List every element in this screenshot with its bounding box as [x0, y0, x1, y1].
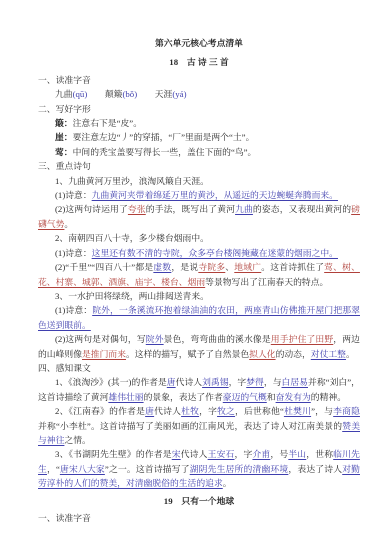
pinyin-row-text: 颠簸 — [105, 89, 123, 99]
pinyin-row-text — [137, 89, 155, 99]
section-heading-4-text: 四、感知课文 — [38, 363, 91, 373]
section-heading-1-text: 一、读准字音 — [38, 75, 91, 85]
poem-3-analysis-text: 。 — [346, 349, 355, 359]
poem-3-meaning: (1)诗意：院外，一条溪流环抱着绿油油的农田，两座青山仿佛推开屋门把那翠色送到眼… — [38, 303, 360, 332]
text-summary-3-text: ”之一。这首诗描写了 — [105, 464, 190, 474]
pinyin-row-text: 九曲 — [55, 89, 73, 99]
section-heading-3-text: 三、重点诗句 — [38, 161, 91, 171]
poem-3-meaning-text: (1)诗意： — [55, 305, 92, 315]
text-summary-1-text: 代诗人 — [176, 377, 202, 387]
poem-3-analysis-text: 用手护住了田野 — [271, 334, 334, 344]
poem-2-line-text: 2、南朝四百八十寺，多少楼台烟雨中。 — [55, 233, 209, 243]
text-summary-1-text: 唐 — [167, 377, 176, 387]
glyph-note-ying: 莺：中间的秃宝盖要写得长一些，盖住下面的“鸟”。 — [38, 145, 360, 159]
text-summary-3-text: 3、《书湖阴先生壁》的作者是 — [55, 449, 172, 459]
poem-1-analysis: (2)这两句诗运用了夸张的手法，既写出了黄河九曲的姿态，又表现出黄河的磅礴气势。 — [38, 202, 360, 231]
poem-3-analysis-text: 的动态， — [276, 349, 311, 359]
poem-1-analysis-text: 的手法，既写出了黄河 — [146, 204, 235, 214]
glyph-note-ying-text: 中间的秃宝盖要写得长一些，盖住下面的“鸟”。 — [73, 147, 257, 157]
poem-2-analysis-text: 、 — [225, 262, 234, 272]
text-summary-3-text: ，“ — [47, 464, 60, 474]
poem-2-analysis: (2)“千里”“四百八十”都是虚数，是说寺院多、地域广。这首诗抓住了莺、树、花、… — [38, 260, 360, 289]
text-summary-3-text: ，字 — [235, 449, 253, 459]
poem-2-line: 2、南朝四百八十寺，多少楼台烟雨中。 — [38, 231, 360, 245]
text-summary-3-text: ，世称 — [306, 449, 333, 459]
text-summary-2-text: ”，与 — [311, 406, 333, 416]
poem-3-analysis-text: 对仗工整 — [311, 349, 346, 359]
text-summary-2-text: 之情。 — [64, 435, 90, 445]
poem-2-analysis-text: 虚数 — [153, 262, 171, 272]
section-heading-1: 一、读准字音 — [38, 73, 360, 87]
glyph-note-bo: 簸：注意右下是“皮”。 — [38, 116, 360, 130]
lesson-19-title: 19 只有一个地球 — [38, 494, 360, 508]
poem-2-analysis-text: ，是说 — [171, 262, 198, 272]
text-summary-3-text: 唐宋八大家 — [60, 464, 105, 474]
text-summary-2-text: 唐 — [145, 406, 154, 416]
text-summary-1-text: 雄伟壮丽 — [108, 392, 143, 402]
poem-3-analysis: (2)这两句是对偶句，写院外景色，弯弯曲曲的溪水像是用手护住了田野，两边的山峰则… — [38, 332, 360, 361]
text-summary-1-text: 梦得 — [246, 377, 264, 387]
text-summary-1-text: 豪迈的气概 — [223, 392, 267, 402]
poem-1-analysis-text: 夸张 — [128, 204, 146, 214]
lesson-18-title-text: 18 古 诗 三 首 — [169, 57, 228, 67]
doc-title-text: 第六单元核心考点清单 — [155, 38, 243, 48]
text-summary-1-text: 白居易 — [282, 377, 308, 387]
poem-1-line: 1、九曲黄河万里沙，浪淘风簸自天涯。 — [38, 174, 360, 188]
poem-1-analysis-text: (2)这两句诗运用了 — [55, 204, 128, 214]
poem-2-analysis-text: 地域广 — [234, 262, 261, 272]
text-summary-3-text: 。 — [223, 478, 232, 488]
poem-1-analysis-text: 九曲 — [235, 204, 253, 214]
poem-1-analysis-text: 的姿态，又表现出黄河的 — [253, 204, 351, 214]
text-summary-2-text: ，字 — [199, 406, 217, 416]
glyph-note-bo-text: 注意右下是“皮”。 — [73, 118, 142, 128]
text-summary-2-text: ，后世称他“ — [235, 406, 284, 416]
text-summary-3-text: 介甫 — [252, 449, 270, 459]
text-summary-2: 2、《江南春》的作者是唐代诗人杜牧，字牧之，后世称他“杜樊川”，与李商隐并称“小… — [38, 404, 360, 447]
pinyin-row-text — [87, 89, 105, 99]
glyph-note-ya-text: 要注意左边“丿”的穿插，“厂”里面是两个“土”。 — [73, 132, 255, 142]
text-summary-2-text: 并称“小李杜”。这首诗描写了美丽如画的江南风光，表达了诗人对江南美景的 — [38, 421, 342, 431]
poem-3-analysis-text: 院外 — [146, 334, 164, 344]
poem-1-analysis-text: 。 — [64, 219, 73, 229]
poem-3-analysis-text: 是推门而来 — [82, 349, 126, 359]
lesson-19-title-text: 19 只有一个地球 — [164, 496, 234, 506]
glyph-note-ying-text: 莺： — [55, 147, 73, 157]
text-summary-1-text: 和 — [267, 392, 276, 402]
poem-2-analysis-text: 。这首诗抓住了 — [261, 262, 324, 272]
text-summary-2-text: 牧之 — [217, 406, 235, 416]
poem-2-analysis-text: (2)“千里”“四百八十”都是 — [55, 262, 153, 272]
text-summary-2-text: 李商隐 — [333, 406, 360, 416]
poem-2-meaning-text: 这里还有数不清的寺院，众多亭台楼阁掩藏在迷蒙的烟雨之中。 — [92, 248, 338, 258]
lesson-18-title: 18 古 诗 三 首 — [38, 55, 360, 69]
text-summary-1-text: 奋发有为 — [276, 392, 311, 402]
text-summary-2-text: 代诗人 — [154, 406, 181, 416]
section-heading-2: 二、写好字形 — [38, 102, 360, 116]
poem-1-meaning-text: (1)诗意： — [55, 190, 92, 200]
poem-2-analysis-text: 等景物写出了江南春天的特点。 — [205, 277, 328, 287]
text-summary-1-text: 的精神。 — [311, 392, 346, 402]
text-summary-1: 1、《浪淘沙》(其一)的作者是唐代诗人刘禹锡，字梦得，与白居易并称“刘白”，这首… — [38, 375, 360, 404]
poem-3-line: 3、一水护田将绿绕，两山排闼送青来。 — [38, 289, 360, 303]
section-heading-5-text: 一、读准字音 — [38, 513, 91, 523]
text-summary-1-text: ，字 — [229, 377, 247, 387]
poem-2-meaning-text: (1)诗意： — [55, 248, 92, 258]
text-summary-2-text: 杜樊川 — [284, 406, 311, 416]
glyph-note-bo-text: 簸： — [55, 118, 73, 128]
text-summary-1-text: 的景象，表达了作者 — [144, 392, 223, 402]
text-summary-1-text: 1、《浪淘沙》(其一)的作者是 — [55, 377, 167, 387]
pinyin-row-text: 天涯 — [155, 89, 173, 99]
poem-3-analysis-text: 拟人化 — [249, 349, 275, 359]
glyph-note-ya-text: 崖： — [55, 132, 73, 142]
poem-2-meaning: (1)诗意：这里还有数不清的寺院，众多亭台楼阁掩藏在迷蒙的烟雨之中。 — [38, 246, 360, 260]
section-heading-5: 一、读准字音 — [38, 511, 360, 525]
text-summary-3-text: 王安石 — [208, 449, 235, 459]
poem-3-analysis-text: (2)这两句是对偶句，写 — [55, 334, 146, 344]
glyph-note-ya: 崖：要注意左边“丿”的穿插，“厂”里面是两个“土”。 — [38, 130, 360, 144]
document-page: 第六单元核心考点清单18 古 诗 三 首一、读准字音九曲(qū) 颠簸(bǒ) … — [0, 0, 382, 540]
text-summary-3-text: ，表达了诗人 — [288, 464, 342, 474]
section-heading-3: 三、重点诗句 — [38, 159, 360, 173]
text-summary-2-text: 杜牧 — [181, 406, 199, 416]
doc-title: 第六单元核心考点清单 — [38, 36, 360, 50]
text-summary-3-text: ，号 — [270, 449, 288, 459]
text-summary-2-text: 2、《江南春》的作者是 — [55, 406, 145, 416]
poem-1-meaning-text: 九曲黄河夹带着绵延万里的黄沙，从遥远的天边蜿蜒奔腾而来。 — [92, 190, 338, 200]
pinyin-row: 九曲(qū) 颠簸(bǒ) 天涯(yá) — [38, 87, 360, 101]
poem-3-line-text: 3、一水护田将绿绕，两山排闼送青来。 — [55, 291, 209, 301]
text-summary-1-text: 刘禹锡 — [202, 377, 228, 387]
pinyin-row-text: (yá) — [172, 89, 186, 99]
pinyin-row-text: (qū) — [73, 89, 88, 99]
poem-1-meaning: (1)诗意：九曲黄河夹带着绵延万里的黄沙，从遥远的天边蜿蜒奔腾而来。 — [38, 188, 360, 202]
text-summary-1-text: ，与 — [264, 377, 282, 387]
text-summary-3-text: 湖阴先生居所的清幽环境 — [190, 464, 289, 474]
poem-3-analysis-text: 景色，弯弯曲曲的溪水像是 — [164, 334, 271, 344]
poem-3-analysis-text: 。这样的描写，赋予了自然景色 — [126, 349, 249, 359]
poem-1-line-text: 1、九曲黄河万里沙，浪淘风簸自天涯。 — [55, 176, 209, 186]
text-summary-3-text: 宋 — [172, 449, 181, 459]
text-summary-3: 3、《书湖阴先生壁》的作者是宋代诗人王安石，字介甫，号半山，世称临川先生，“唐宋… — [38, 447, 360, 490]
section-heading-4: 四、感知课文 — [38, 361, 360, 375]
pinyin-row-text: (bǒ) — [122, 89, 137, 99]
poem-2-analysis-text: 寺院多 — [198, 262, 225, 272]
text-summary-3-text: 半山 — [288, 449, 306, 459]
section-heading-2-text: 二、写好字形 — [38, 104, 91, 114]
text-summary-3-text: 代诗人 — [181, 449, 208, 459]
